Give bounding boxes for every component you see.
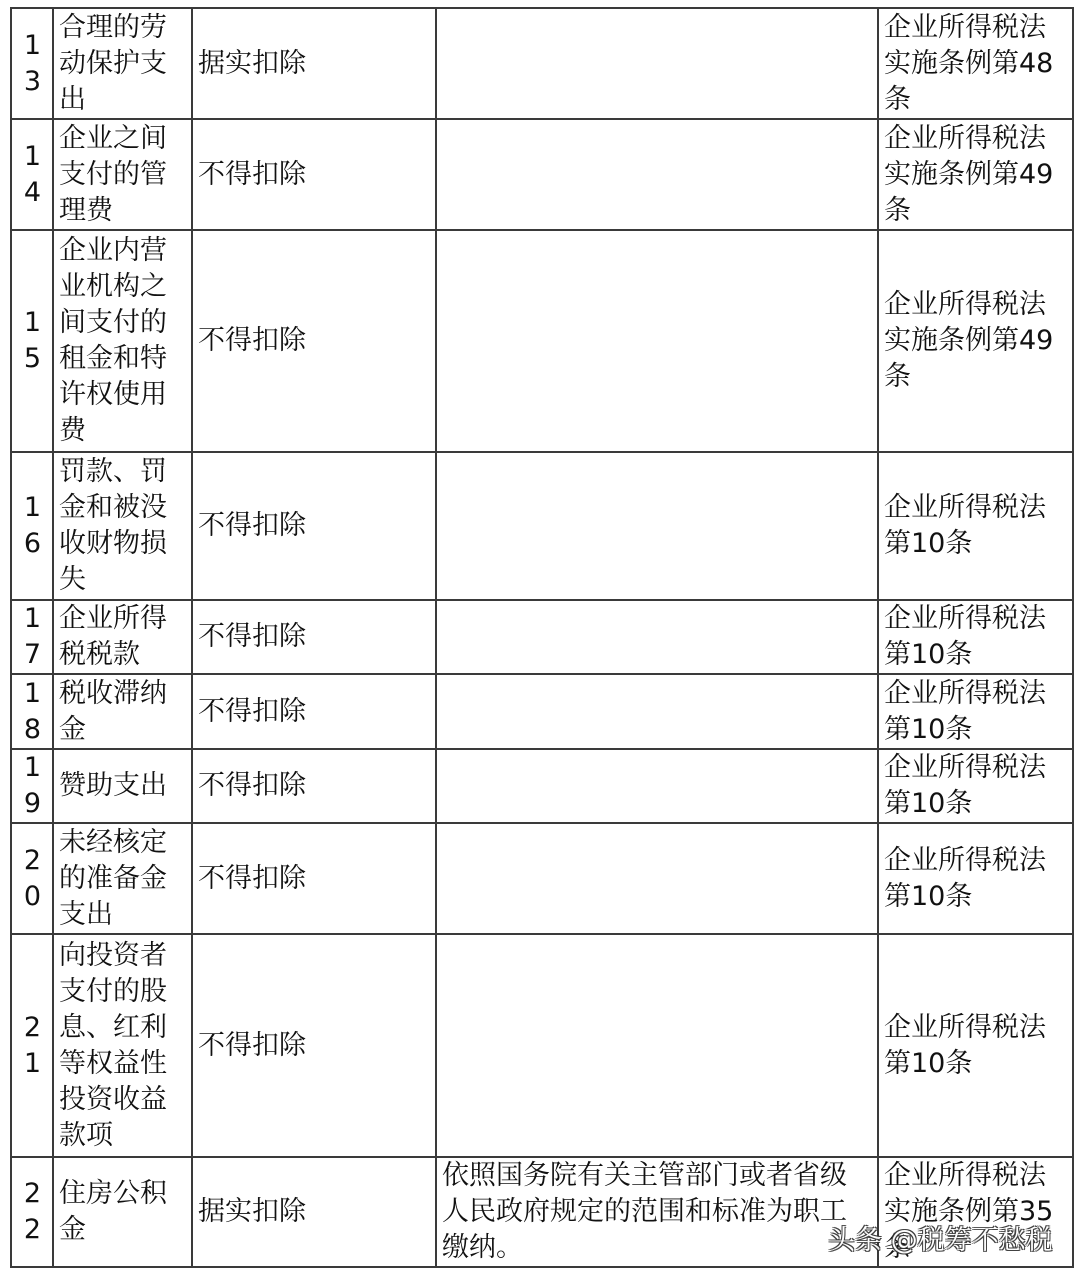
row-number-cell: 22 — [11, 1157, 53, 1267]
legal-basis-cell: 企业所得税法第10条 — [878, 452, 1073, 600]
expense-item-cell: 住房公积金 — [53, 1157, 192, 1267]
expense-item-cell: 向投资者支付的股息、红利等权益性投资收益款项 — [53, 934, 192, 1157]
deduction-limit-cell — [436, 230, 878, 452]
deduction-limit-cell — [436, 119, 878, 230]
table-body: 13合理的劳动保护支出据实扣除企业所得税法实施条例第48条14企业之间支付的管理… — [11, 8, 1073, 1267]
deduction-limit-cell — [436, 674, 878, 749]
row-number-cell: 18 — [11, 674, 53, 749]
deduction-method-cell: 不得扣除 — [192, 119, 436, 230]
expense-item-cell: 未经核定的准备金支出 — [53, 823, 192, 934]
deduction-limit-cell — [436, 749, 878, 823]
legal-basis-cell: 企业所得税法第10条 — [878, 600, 1073, 674]
deduction-limit-cell — [436, 823, 878, 934]
deduction-method-cell: 不得扣除 — [192, 823, 436, 934]
deduction-method-cell: 据实扣除 — [192, 8, 436, 119]
table-row: 16罚款、罚金和被没收财物损失不得扣除企业所得税法第10条 — [11, 452, 1073, 600]
expense-item-cell: 赞助支出 — [53, 749, 192, 823]
table-row: 14企业之间支付的管理费不得扣除企业所得税法实施条例第49条 — [11, 119, 1073, 230]
expense-item-cell: 罚款、罚金和被没收财物损失 — [53, 452, 192, 600]
row-number-cell: 16 — [11, 452, 53, 600]
deduction-method-cell: 不得扣除 — [192, 230, 436, 452]
legal-basis-cell: 企业所得税法实施条例第48条 — [878, 8, 1073, 119]
row-number-cell: 13 — [11, 8, 53, 119]
expense-item-cell: 合理的劳动保护支出 — [53, 8, 192, 119]
legal-basis-cell: 企业所得税法第10条 — [878, 749, 1073, 823]
legal-basis-cell: 企业所得税法第10条 — [878, 934, 1073, 1157]
table-row: 20未经核定的准备金支出不得扣除企业所得税法第10条 — [11, 823, 1073, 934]
deduction-method-cell: 不得扣除 — [192, 749, 436, 823]
table-row: 19赞助支出不得扣除企业所得税法第10条 — [11, 749, 1073, 823]
row-number-cell: 20 — [11, 823, 53, 934]
table-row: 18税收滞纳金不得扣除企业所得税法第10条 — [11, 674, 1073, 749]
deduction-limit-cell: 依照国务院有关主管部门或者省级人民政府规定的范围和标准为职工缴纳。 — [436, 1157, 878, 1267]
deduction-table: 13合理的劳动保护支出据实扣除企业所得税法实施条例第48条14企业之间支付的管理… — [10, 7, 1074, 1268]
deduction-method-cell: 不得扣除 — [192, 674, 436, 749]
row-number-cell: 19 — [11, 749, 53, 823]
watermark: 头条 @税筹不愁税 — [828, 1218, 1053, 1257]
row-number-cell: 15 — [11, 230, 53, 452]
deduction-limit-cell — [436, 934, 878, 1157]
table-row: 13合理的劳动保护支出据实扣除企业所得税法实施条例第48条 — [11, 8, 1073, 119]
legal-basis-cell: 企业所得税法实施条例第49条 — [878, 119, 1073, 230]
deduction-method-cell: 据实扣除 — [192, 1157, 436, 1267]
expense-item-cell: 企业之间支付的管理费 — [53, 119, 192, 230]
expense-item-cell: 税收滞纳金 — [53, 674, 192, 749]
row-number-cell: 21 — [11, 934, 53, 1157]
row-number-cell: 14 — [11, 119, 53, 230]
deduction-limit-cell — [436, 600, 878, 674]
expense-item-cell: 企业所得税税款 — [53, 600, 192, 674]
legal-basis-cell: 企业所得税法第10条 — [878, 823, 1073, 934]
table-row: 15企业内营业机构之间支付的租金和特许权使用费不得扣除企业所得税法实施条例第49… — [11, 230, 1073, 452]
deduction-limit-cell — [436, 8, 878, 119]
table-row: 17企业所得税税款不得扣除企业所得税法第10条 — [11, 600, 1073, 674]
table-row: 21向投资者支付的股息、红利等权益性投资收益款项不得扣除企业所得税法第10条 — [11, 934, 1073, 1157]
deduction-method-cell: 不得扣除 — [192, 934, 436, 1157]
deduction-limit-cell — [436, 452, 878, 600]
legal-basis-cell: 企业所得税法实施条例第49条 — [878, 230, 1073, 452]
expense-item-cell: 企业内营业机构之间支付的租金和特许权使用费 — [53, 230, 192, 452]
row-number-cell: 17 — [11, 600, 53, 674]
legal-basis-cell: 企业所得税法第10条 — [878, 674, 1073, 749]
deduction-method-cell: 不得扣除 — [192, 452, 436, 600]
deduction-method-cell: 不得扣除 — [192, 600, 436, 674]
